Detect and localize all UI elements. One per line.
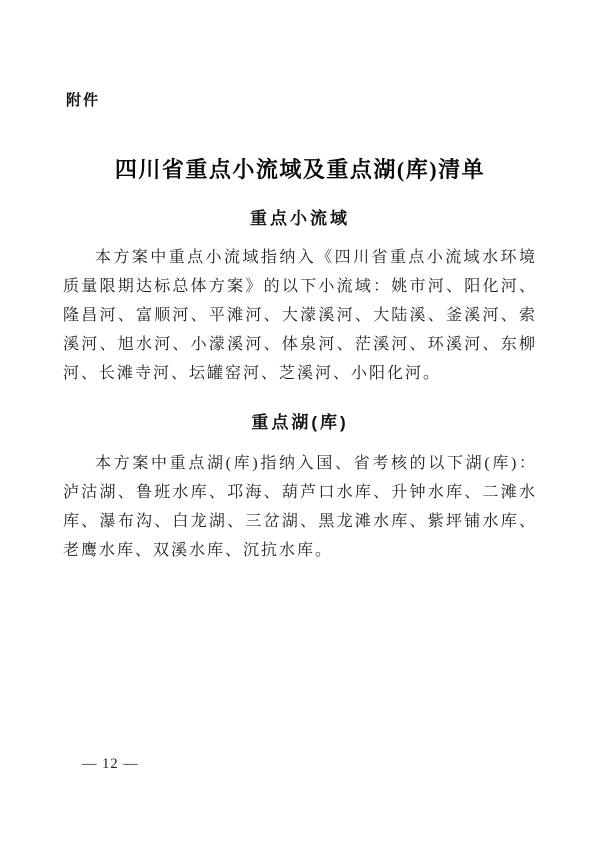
document-title: 四川省重点小流域及重点湖(库)清单 — [0, 153, 600, 184]
section-body-key-watersheds: 本方案中重点小流域指纳入《四川省重点小流域水环境质量限期达标总体方案》的以下小流… — [63, 243, 537, 388]
section-heading-key-watersheds: 重点小流域 — [0, 204, 600, 229]
document-page: 附件 四川省重点小流域及重点湖(库)清单 重点小流域 本方案中重点小流域指纳入《… — [0, 0, 600, 848]
section-heading-key-lakes-reservoirs: 重点湖(库) — [0, 408, 600, 433]
section-body-key-lakes-reservoirs: 本方案中重点湖(库)指纳入国、省考核的以下湖(库)：泸沽湖、鲁班水库、邛海、葫芦… — [63, 449, 537, 565]
attachment-label: 附件 — [66, 89, 100, 110]
page-number: — 12 — — [82, 756, 139, 773]
